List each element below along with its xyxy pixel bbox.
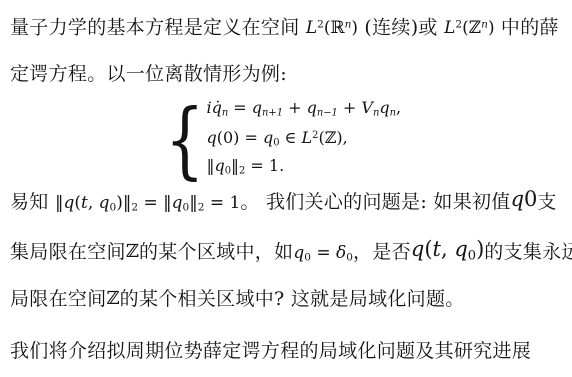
paragraph-line-3: 易知 ‖q(t, q0)‖2 = ‖q0‖2 = 1。 我们关心的问题是: 如果… (10, 186, 557, 221)
text-run: 的支集永远 (484, 241, 572, 263)
math-q0-delta: q0 = δ0 (293, 243, 353, 263)
paragraph-line-6: 我们将介绍拟周期位势薛定谔方程的局域化问题及其研究进展 (10, 338, 531, 364)
text-run: 定谔方程。以一位离散情形为例: (10, 63, 287, 85)
math-l2-rn: L2(ℝn) (306, 18, 358, 38)
text-run: 的某个相关区域中? 这就是局域化问题。 (120, 288, 465, 310)
math-norm-identity: ‖q(t, q0)‖2 = ‖q0‖2 = 1 (55, 193, 240, 213)
math-qtq0: q(t, q0) (411, 237, 484, 261)
text-run: 集局限在空间 (10, 241, 126, 263)
equation-row-2: q(0) = q0 ∈ L2(ℤ), (206, 125, 401, 155)
paragraph-line-4: 集局限在空间ℤ的某个区域中，如q0 = δ0，是否q(t, q0)的支集永远 (10, 236, 572, 271)
text-run: 的某个区域中，如 (139, 241, 293, 263)
equation-row-3: ‖q0‖2 = 1. (206, 155, 401, 183)
math-integers-symbol: ℤ (126, 241, 139, 262)
text-run: 。 我们关心的问题是: 如果初值 (240, 191, 510, 213)
math-integers-symbol: ℤ (107, 288, 120, 309)
text-run: 量子力学的基本方程是定义在空间 (10, 16, 306, 38)
paragraph-line-2: 定谔方程。以一位离散情形为例: (10, 61, 287, 87)
equation-block: { iq̇n = qn+1 + qn−1 + Vnqn, q(0) = q0 ∈… (165, 97, 401, 183)
text-run: 易知 (10, 191, 55, 213)
equation-rows: iq̇n = qn+1 + qn−1 + Vnqn, q(0) = q0 ∈ L… (206, 97, 401, 183)
math-l2-zn: L2(ℤn) (444, 18, 495, 38)
text-run: 局限在空间 (10, 288, 107, 310)
text-run: (连续)或 (358, 16, 444, 38)
math-q0: q0 (511, 187, 538, 211)
paragraph-line-5: 局限在空间ℤ的某个相关区域中? 这就是局域化问题。 (10, 286, 465, 312)
text-run: 我们将介绍拟周期位势薛定谔方程的局域化问题及其研究进展 (10, 340, 531, 362)
text-run: 支 (537, 191, 556, 213)
paragraph-line-1: 量子力学的基本方程是定义在空间 L2(ℝn) (连续)或 L2(ℤn) 中的薛 (10, 12, 559, 41)
document-page: 量子力学的基本方程是定义在空间 L2(ℝn) (连续)或 L2(ℤn) 中的薛 … (0, 0, 572, 377)
equation-row-1: iq̇n = qn+1 + qn−1 + Vnqn, (206, 97, 401, 125)
left-brace: { (165, 93, 204, 188)
text-run: ，是否 (353, 241, 411, 263)
text-run: 中的薛 (495, 16, 559, 38)
